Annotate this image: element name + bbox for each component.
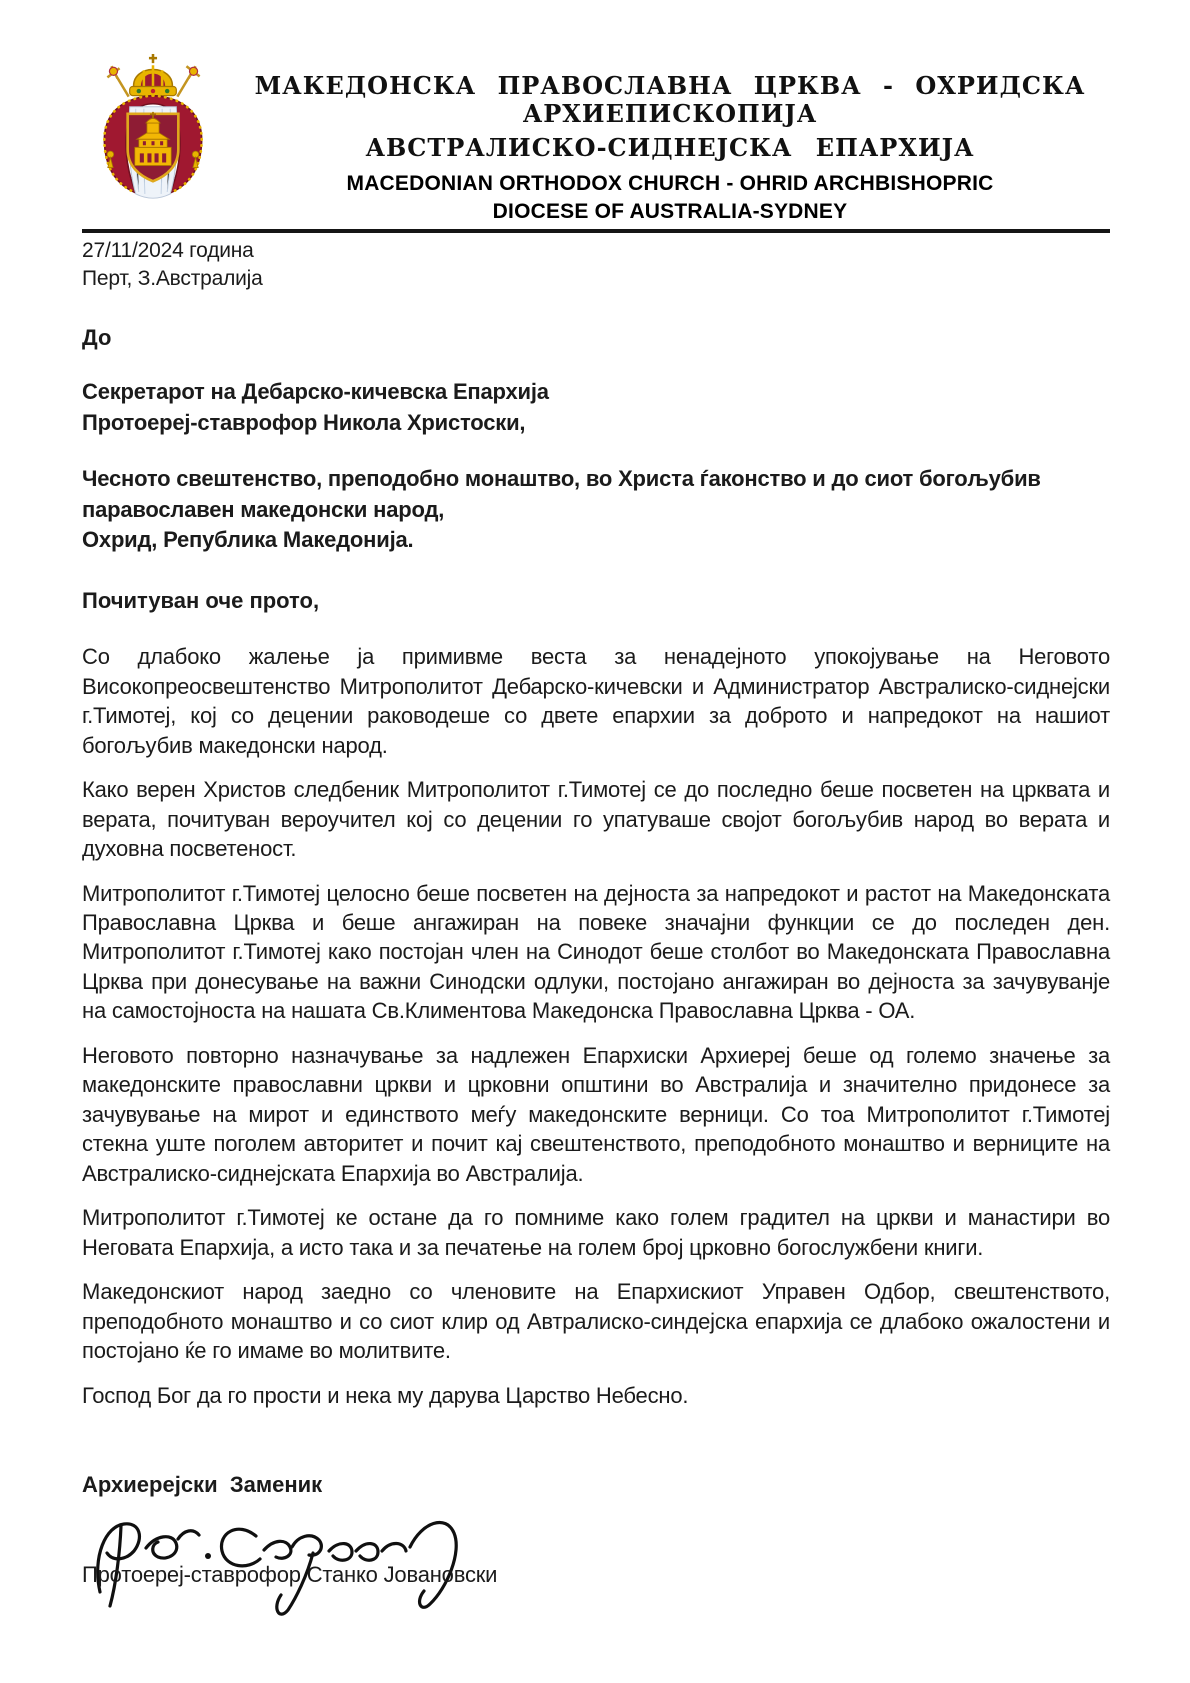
body-paragraph-6: Македонскиот народ заедно со членовите н… [82, 1277, 1110, 1365]
church-title-mk-line1: МАКЕДОНСКА ПРАВОСЛАВНА ЦРКВА - ОХРИДСКА … [230, 72, 1110, 127]
recipient-line-3: Чесното свештенство, преподобно монаштво… [82, 464, 1110, 525]
recipient-line-4: Охрид, Република Македонија. [82, 525, 1110, 555]
recipient-block-2: Чесното свештенство, преподобно монаштво… [82, 464, 1110, 555]
recipient-block-1: Секретарот на Дебарско-кичевска Епархија… [82, 377, 1110, 438]
body-paragraph-3: Митрополитот г.Тимотеј целосно беше посв… [82, 879, 1110, 1026]
church-title-en-line1: MACEDONIAN ORTHODOX CHURCH - OHRID ARCHB… [230, 172, 1110, 196]
recipient-line-2: Протоереј-ставрофор Никола Христоски, [82, 408, 1110, 438]
body-paragraph-4: Неговото повторно назначување за надлеже… [82, 1041, 1110, 1188]
church-crest-icon [82, 50, 224, 200]
date-line: 27/11/2024 година [82, 237, 1110, 265]
to-label: До [82, 325, 1110, 351]
letter-page: МАКЕДОНСКА ПРАВОСЛАВНА ЦРКВА - ОХРИДСКА … [0, 0, 1190, 1683]
signatory-name: Протоереј-ставрофор Станко Јовановски [82, 1562, 1110, 1588]
body-paragraph-2: Како верен Христов следбеник Митрополито… [82, 775, 1110, 863]
header-divider [82, 229, 1110, 233]
recipient-line-1: Секретарот на Дебарско-кичевска Епархија [82, 377, 1110, 407]
letterhead: МАКЕДОНСКА ПРАВОСЛАВНА ЦРКВА - ОХРИДСКА … [82, 50, 1110, 224]
church-crest-logo [82, 50, 224, 200]
body-paragraph-5: Митрополитот г.Тимотеј ке остане да го п… [82, 1203, 1110, 1262]
letterhead-titles: МАКЕДОНСКА ПРАВОСЛАВНА ЦРКВА - ОХРИДСКА … [224, 50, 1110, 224]
salutation: Почитуван оче прото, [82, 588, 1110, 614]
date-place-block: 27/11/2024 година Перт, З.Австралија [82, 237, 1110, 294]
handwritten-signature-icon [86, 1494, 486, 1624]
church-title-en-line2: DIOCESE OF AUSTRALIA-SYDNEY [230, 200, 1110, 224]
place-line: Перт, З.Австралија [82, 265, 1110, 293]
church-title-mk-line2: АВСТРАЛИСКО-СИДНЕЈСКА ЕПАРХИЈА [230, 134, 1110, 162]
body-paragraph-1: Со длабоко жалење ја примивме веста за н… [82, 642, 1110, 760]
body-paragraph-7: Господ Бог да го прости и нека му дарува… [82, 1381, 1110, 1410]
